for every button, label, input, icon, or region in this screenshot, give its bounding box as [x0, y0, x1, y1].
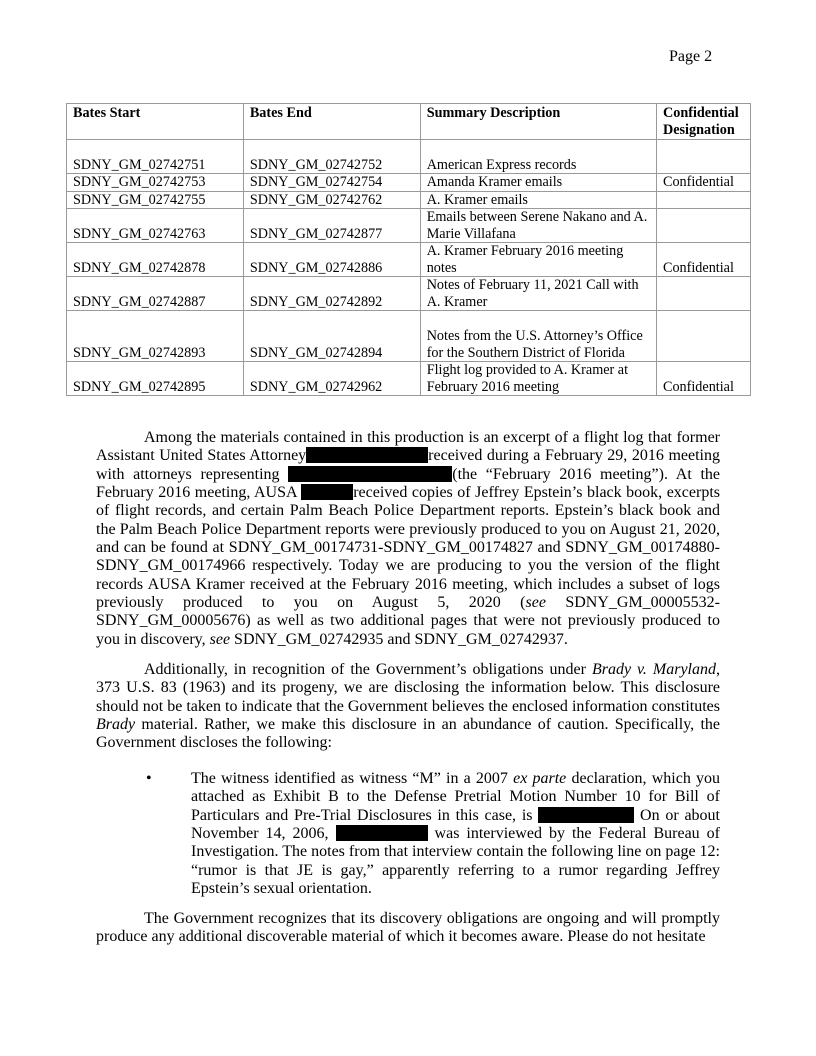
p1-see-1: see — [525, 594, 545, 611]
bates-start: SDNY_GM_02742751 — [67, 140, 244, 174]
confidential-designation — [656, 209, 750, 243]
p2-case-citation: Brady v. Maryland — [592, 661, 716, 678]
bates-start: SDNY_GM_02742755 — [67, 191, 244, 209]
paragraph-brady-disclosure: Additionally, in recognition of the Gove… — [96, 661, 720, 753]
bullet-ex-parte: ex parte — [513, 770, 566, 787]
bates-end: SDNY_GM_02742886 — [243, 243, 420, 277]
bates-start: SDNY_GM_02742895 — [67, 362, 244, 396]
bullet-text: The witness identified as witness “M” in… — [191, 770, 720, 898]
table-row: SDNY_GM_02742755 SDNY_GM_02742762 A. Kra… — [67, 191, 751, 209]
confidential-designation — [656, 140, 750, 174]
summary: Notes from the U.S. Attorney’s Office fo… — [420, 311, 656, 362]
p1-text-f: SDNY_GM_02742935 and SDNY_GM_02742937. — [230, 631, 568, 648]
confidential-designation — [656, 191, 750, 209]
summary: Notes of February 11, 2021 Call with A. … — [420, 277, 656, 311]
redaction-box — [301, 484, 353, 500]
paragraph-flight-log: Among the materials contained in this pr… — [96, 429, 720, 649]
p3-text: The Government recognizes that its disco… — [96, 910, 720, 945]
confidential-designation: Confidential — [656, 243, 750, 277]
bates-end: SDNY_GM_02742877 — [243, 209, 420, 243]
table-row: SDNY_GM_02742887 SDNY_GM_02742892 Notes … — [67, 277, 751, 311]
bates-end: SDNY_GM_02742762 — [243, 191, 420, 209]
summary: Flight log provided to A. Kramer at Febr… — [420, 362, 656, 396]
p1-text-d: received copies of Jeffrey Epstein’s bla… — [96, 484, 720, 611]
bates-start: SDNY_GM_02742763 — [67, 209, 244, 243]
redaction-box — [306, 447, 428, 463]
production-table: Bates Start Bates End Summary Descriptio… — [66, 103, 751, 396]
bates-start: SDNY_GM_02742753 — [67, 174, 244, 192]
redaction-box — [288, 466, 452, 482]
table-row: SDNY_GM_02742893 SDNY_GM_02742894 Notes … — [67, 311, 751, 362]
bates-start: SDNY_GM_02742893 — [67, 311, 244, 362]
confidential-designation — [656, 277, 750, 311]
redaction-box — [336, 825, 428, 841]
confidential-designation — [656, 311, 750, 362]
bullet-text-a: The witness identified as witness “M” in… — [191, 770, 513, 787]
p2-text-a: Additionally, in recognition of the Gove… — [144, 661, 592, 678]
p1-see-2: see — [210, 631, 230, 648]
summary: A. Kramer February 2016 meeting notes — [420, 243, 656, 277]
table-row: SDNY_GM_02742878 SDNY_GM_02742886 A. Kra… — [67, 243, 751, 277]
table-row: SDNY_GM_02742895 SDNY_GM_02742962 Flight… — [67, 362, 751, 396]
table-row: SDNY_GM_02742751 SDNY_GM_02742752 Americ… — [67, 140, 751, 174]
confidential-designation: Confidential — [656, 174, 750, 192]
bates-start: SDNY_GM_02742878 — [67, 243, 244, 277]
bates-end: SDNY_GM_02742752 — [243, 140, 420, 174]
bullet-icon: • — [146, 770, 152, 788]
bates-start: SDNY_GM_02742887 — [67, 277, 244, 311]
col-header-summary: Summary Description — [420, 104, 656, 140]
summary: A. Kramer emails — [420, 191, 656, 209]
table-header-row: Bates Start Bates End Summary Descriptio… — [67, 104, 751, 140]
bates-end: SDNY_GM_02742894 — [243, 311, 420, 362]
bates-end: SDNY_GM_02742754 — [243, 174, 420, 192]
col-header-bates-end: Bates End — [243, 104, 420, 140]
bullet-item-witness-m: • The witness identified as witness “M” … — [148, 770, 720, 898]
summary: American Express records — [420, 140, 656, 174]
summary: Amanda Kramer emails — [420, 174, 656, 192]
p2-text-c: material. Rather, we make this disclosur… — [96, 716, 720, 751]
bates-end: SDNY_GM_02742892 — [243, 277, 420, 311]
confidential-designation: Confidential — [656, 362, 750, 396]
summary: Emails between Serene Nakano and A. Mari… — [420, 209, 656, 243]
redaction-box — [538, 807, 634, 823]
paragraph-ongoing-obligations: The Government recognizes that its disco… — [96, 910, 720, 947]
col-header-bates-start: Bates Start — [67, 104, 244, 140]
bates-end: SDNY_GM_02742962 — [243, 362, 420, 396]
page-number: Page 2 — [669, 48, 712, 66]
col-header-confidential: Confidential Designation — [656, 104, 750, 140]
p2-brady: Brady — [96, 716, 135, 733]
table-row: SDNY_GM_02742763 SDNY_GM_02742877 Emails… — [67, 209, 751, 243]
table-row: SDNY_GM_02742753 SDNY_GM_02742754 Amanda… — [67, 174, 751, 192]
